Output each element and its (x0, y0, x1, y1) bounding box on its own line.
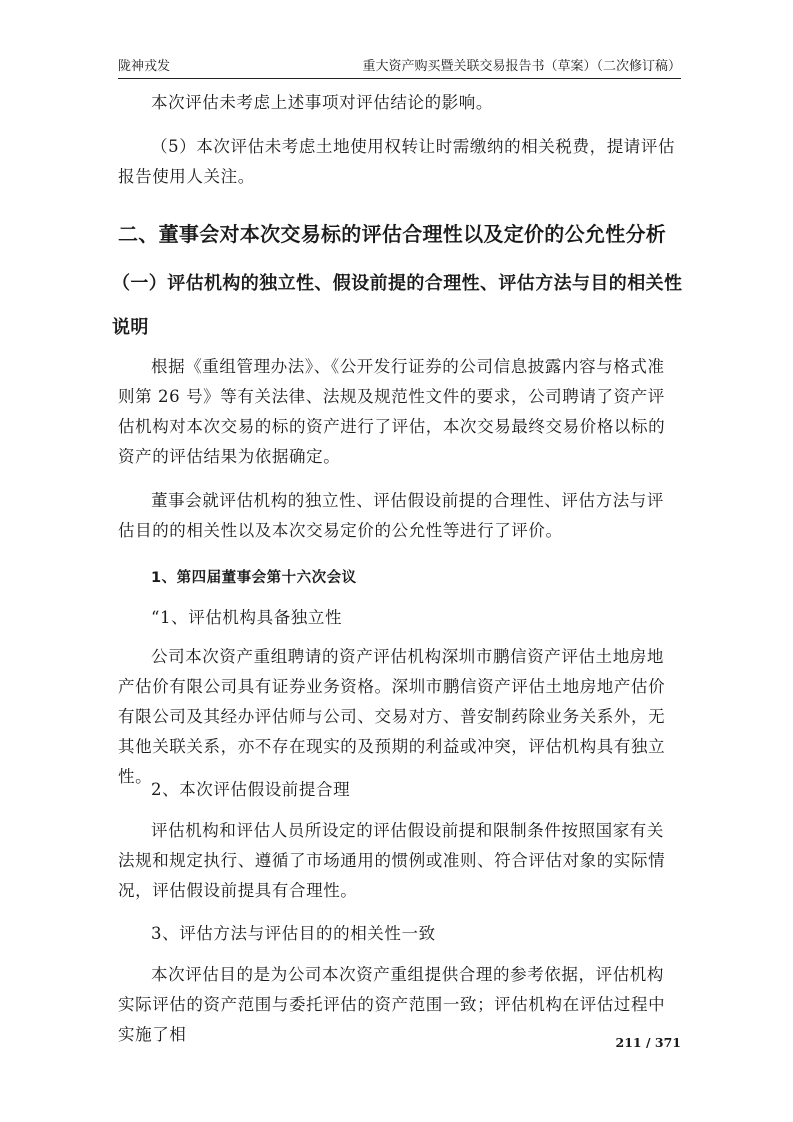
paragraph-item-5: （5）本次评估未考虑土地使用权转让时需缴纳的相关税费，提请评估报告使用人关注。 (118, 132, 681, 192)
subsection-heading-2-1: （一）评估机构的独立性、假设前提的合理性、评估方法与目的相关性说明 (112, 262, 692, 350)
paragraph-evaluation-note: 本次评估未考虑上述事项对评估结论的影响。 (118, 88, 681, 118)
item-3-title: 3、评估方法与评估目的的相关性一致 (151, 920, 436, 944)
section-heading-2: 二、董事会对本次交易标的评估合理性以及定价的公允性分析 (118, 218, 666, 247)
meeting-heading: 1、第四届董事会第十六次会议 (151, 566, 357, 587)
header-document-title: 重大资产购买暨关联交易报告书（草案）（二次修订稿） (362, 55, 681, 74)
page-number: 211 / 371 (616, 1035, 681, 1050)
item-2-title: 2、本次评估假设前提合理 (151, 776, 350, 800)
paragraph-independence: 公司本次资产重组聘请的资产评估机构深圳市鹏信资产评估土地房地产估价有限公司具有证… (118, 642, 681, 792)
item-1-title: “1、评估机构具备独立性 (151, 604, 342, 628)
page-header: 陇神戎发 重大资产购买暨关联交易报告书（草案）（二次修订稿） (118, 50, 681, 79)
header-company-name: 陇神戎发 (118, 55, 170, 74)
paragraph-assumptions: 评估机构和评估人员所设定的评估假设前提和限制条件按照国家有关法规和规定执行、遵循… (118, 816, 681, 906)
paragraph-method-relevance: 本次评估目的是为公司本次资产重组提供合理的参考依据，评估机构实际评估的资产范围与… (118, 960, 681, 1050)
paragraph-legal-basis: 根据《重组管理办法》、《公开发行证券的公司信息披露内容与格式准则第 26 号》等… (118, 352, 681, 472)
paragraph-board-evaluation: 董事会就评估机构的独立性、评估假设前提的合理性、评估方法与评估目的的相关性以及本… (118, 486, 681, 546)
